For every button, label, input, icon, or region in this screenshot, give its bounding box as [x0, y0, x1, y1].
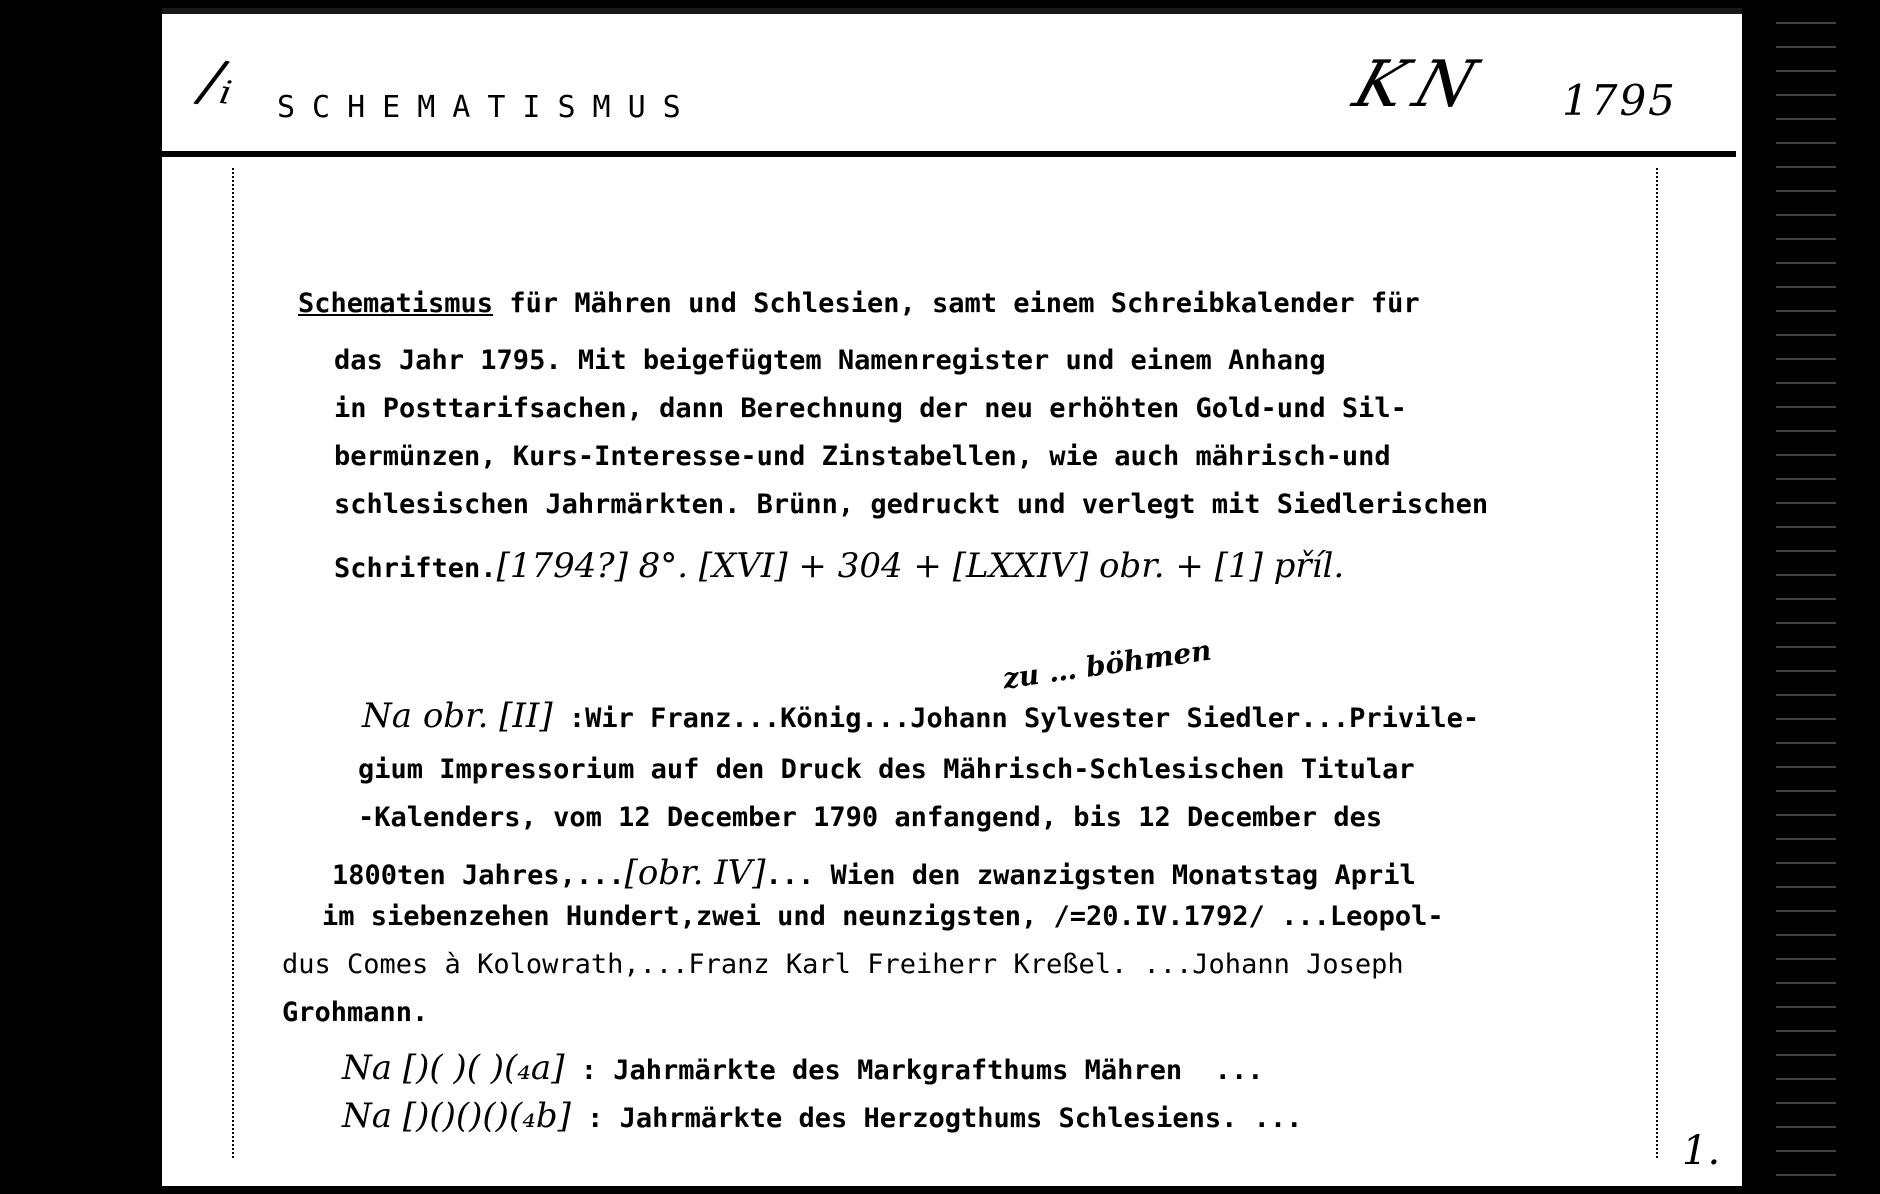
note-line-1: Na obr. [II] :Wir Franz...König...Johann… — [362, 696, 1479, 736]
entry-line-6: Schriften.[1794?] 8°. [XVI] + 304 + [LXX… — [334, 546, 1344, 586]
entry-line-5: schlesischen Jahrmärkten. Brünn, gedruck… — [334, 489, 1488, 520]
entry-line-2: das Jahr 1795. Mit beigefügtem Namenregi… — [334, 345, 1326, 376]
handwritten-collation: [1794?] 8°. [XVI] + 304 + [LXXIV] obr. +… — [497, 546, 1345, 586]
note-line-6: dus Comes à Kolowrath,...Franz Karl Frei… — [282, 949, 1404, 980]
appendix-line-a: Na [)( )( )(₄a] : Jahrmärkte des Markgra… — [342, 1048, 1263, 1088]
card-body: Schematismus für Mähren und Schlesien, s… — [162, 8, 1742, 1186]
handwritten-plate-ref: Na obr. [II] — [362, 696, 553, 736]
handwritten-appendix-a: Na [)( )( )(₄a] — [342, 1048, 564, 1088]
note-line-7: Grohmann. — [282, 997, 428, 1028]
entry-line-1: Schematismus für Mähren und Schlesien, s… — [298, 288, 1420, 319]
entry-line-4: bermünzen, Kurs-Interesse-und Zinstabell… — [334, 441, 1391, 472]
scan-edge-strip — [1776, 0, 1836, 1194]
main-entry-heading: Schematismus — [298, 288, 493, 319]
catalog-card: /ᵢ SCHEMATISMUS KN 1795 Schematismus für… — [162, 8, 1742, 1186]
handwritten-plate-ref-2: [obr. IV] — [625, 853, 766, 893]
note-line-4: 1800ten Jahres,...[obr. IV]... Wien den … — [332, 853, 1416, 893]
note-line-2: gium Impressorium auf den Druck des Mähr… — [358, 754, 1415, 785]
appendix-line-b: Na [)()()()(₄b] : Jahrmärkte des Herzogt… — [342, 1096, 1302, 1136]
page-number: 1. — [1682, 1128, 1720, 1174]
note-line-3: -Kalenders, vom 12 December 1790 anfange… — [358, 802, 1382, 833]
handwritten-interlinear-note: zu … böhmen — [1001, 634, 1214, 696]
note-line-5: im siebenzehen Hundert,zwei und neunzigs… — [322, 901, 1444, 932]
handwritten-appendix-b: Na [)()()()(₄b] — [342, 1096, 571, 1136]
entry-line-3: in Posttarifsachen, dann Berechnung der … — [334, 393, 1407, 424]
